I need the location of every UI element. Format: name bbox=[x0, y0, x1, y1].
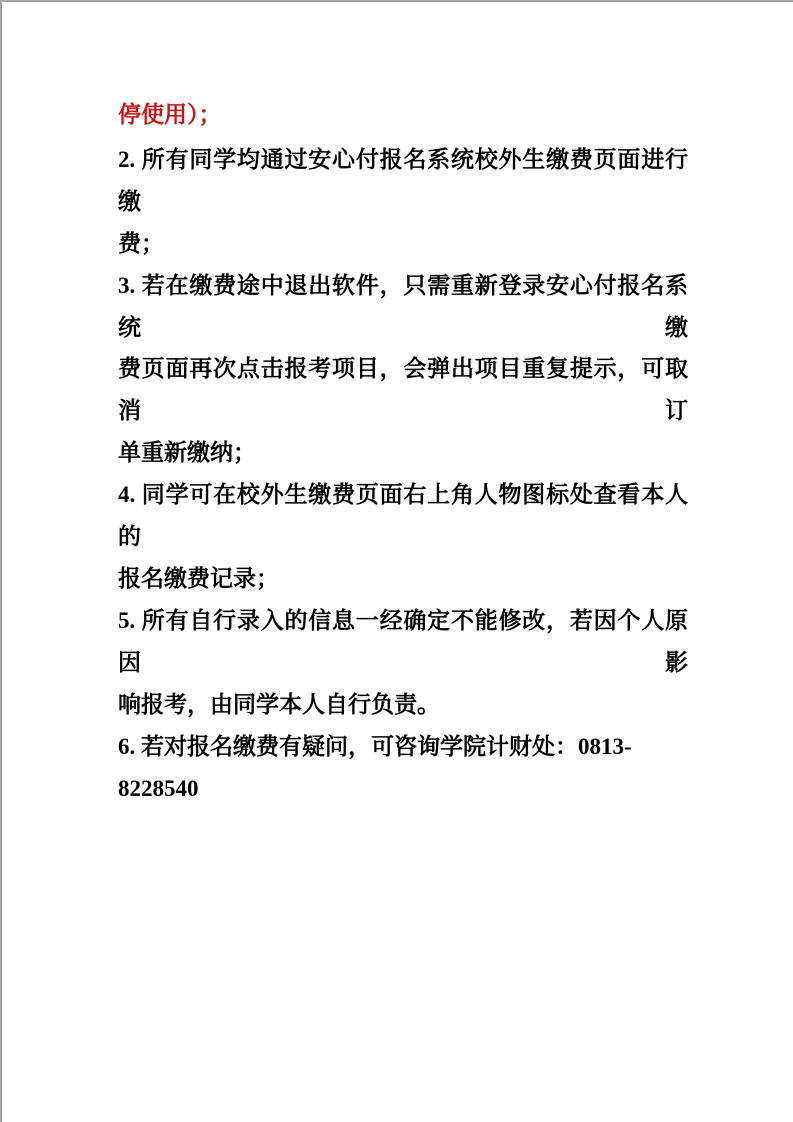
notice-text-block: 停使用）；2. 所有同学均通过安心付报名系统校外生缴费页面进行缴费；3. 若在缴… bbox=[118, 94, 688, 809]
text-line: 单重新缴纳； bbox=[118, 432, 688, 474]
text-line: 3. 若在缴费途中退出软件，只需重新登录安心付报名系统缴 bbox=[118, 265, 688, 349]
text-line: 响报考，由同学本人自行负责。 bbox=[118, 684, 688, 726]
page-top-edge-line bbox=[0, 0, 793, 2]
text-line: 报名缴费记录； bbox=[118, 558, 688, 600]
text-line: 5. 所有自行录入的信息一经确定不能修改，若因个人原因影 bbox=[118, 600, 688, 684]
text-line: 费； bbox=[118, 223, 688, 265]
paragraph-item-5: 5. 所有自行录入的信息一经确定不能修改，若因个人原因影响报考，由同学本人自行负… bbox=[118, 600, 688, 726]
document-page: 停使用）；2. 所有同学均通过安心付报名系统校外生缴费页面进行缴费；3. 若在缴… bbox=[0, 0, 793, 1122]
paragraph-red-continuation: 停使用）； bbox=[118, 94, 688, 136]
paragraph-item-6: 6. 若对报名缴费有疑问，可咨询学院计财处：0813-8228540 bbox=[118, 726, 688, 810]
text-line: 4. 同学可在校外生缴费页面右上角人物图标处查看本人的 bbox=[118, 474, 688, 558]
text-line: 停使用）； bbox=[118, 94, 688, 136]
text-line: 6. 若对报名缴费有疑问，可咨询学院计财处：0813-8228540 bbox=[118, 726, 688, 810]
paragraph-item-3: 3. 若在缴费途中退出软件，只需重新登录安心付报名系统缴费页面再次点击报考项目，… bbox=[118, 265, 688, 475]
text-line: 费页面再次点击报考项目，会弹出项目重复提示，可取消订 bbox=[118, 348, 688, 432]
paragraph-item-2: 2. 所有同学均通过安心付报名系统校外生缴费页面进行缴费； bbox=[118, 139, 688, 265]
text-line: 2. 所有同学均通过安心付报名系统校外生缴费页面进行缴 bbox=[118, 139, 688, 223]
paragraph-item-4: 4. 同学可在校外生缴费页面右上角人物图标处查看本人的报名缴费记录； bbox=[118, 474, 688, 600]
page-left-edge-line bbox=[0, 0, 2, 1122]
